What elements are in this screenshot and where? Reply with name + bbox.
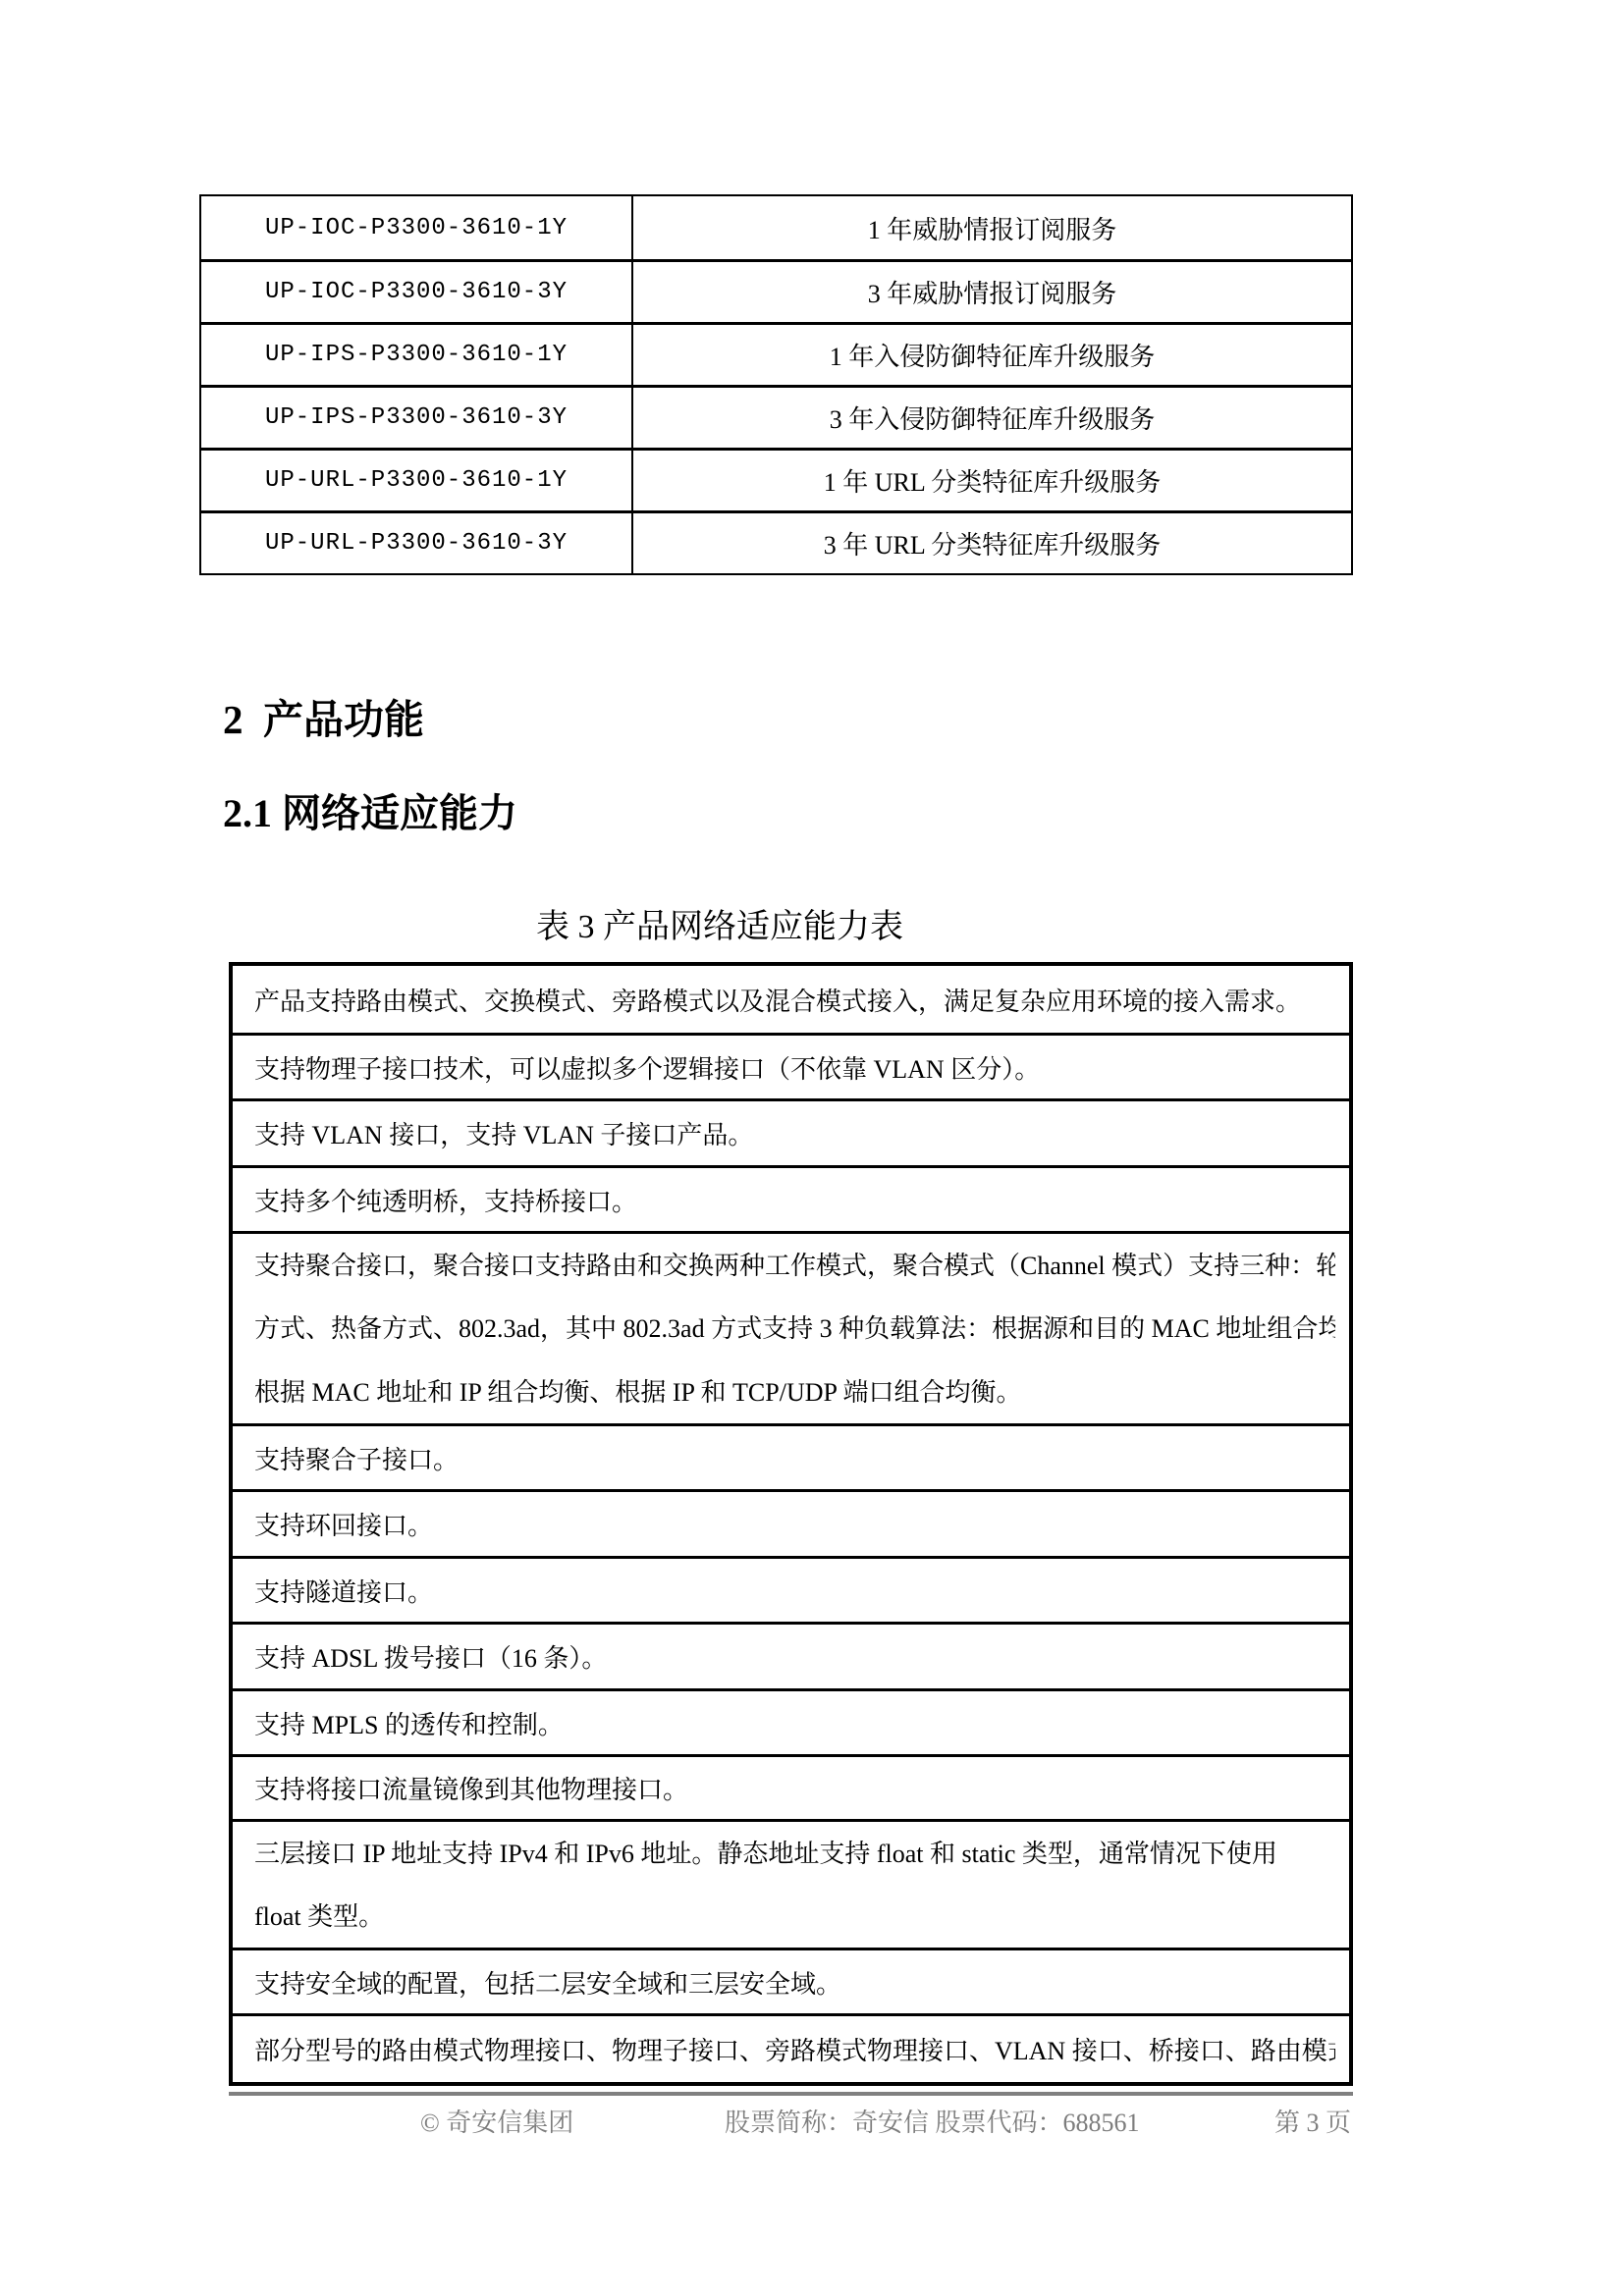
cell-text: 支持 VLAN 接口，支持 VLAN 子接口产品。 — [254, 1115, 1335, 1151]
product-code-cell: UP-URL-P3300-3610-3Y — [201, 513, 633, 573]
cell-text: 支持聚合子接口。 — [254, 1440, 1335, 1476]
table-row: 支持多个纯透明桥，支持桥接口。 — [233, 1165, 1349, 1231]
cell-text: 支持 ADSL 拨号接口（16 条）。 — [254, 1638, 1335, 1675]
table-row: 部分型号的路由模式物理接口、物理子接口、旁路模式物理接口、VLAN 接口、桥接口… — [233, 2013, 1349, 2082]
page-footer: © 奇安信集团 股票简称：奇安信 股票代码：688561 第 3 页 — [229, 2103, 1353, 2140]
product-code-cell: UP-URL-P3300-3610-1Y — [201, 451, 633, 510]
table-row: 支持 VLAN 接口，支持 VLAN 子接口产品。 — [233, 1098, 1349, 1165]
footer-stock-info: 股票简称：奇安信 股票代码：688561 — [725, 2103, 1140, 2139]
service-codes-table: UP-IOC-P3300-3610-1Y 1 年威胁情报订阅服务 UP-IOC-… — [199, 194, 1353, 575]
cell-text: 支持 MPLS 的透传和控制。 — [254, 1705, 1335, 1741]
table-row: 支持聚合子接口。 — [233, 1423, 1349, 1489]
table-row: 三层接口 IP 地址支持 IPv4 和 IPv6 地址。静态地址支持 float… — [233, 1819, 1349, 1948]
footer-page-number: 第 3 页 — [1274, 2103, 1351, 2139]
product-code-cell: UP-IOC-P3300-3610-1Y — [201, 196, 633, 259]
table-row: 产品支持路由模式、交换模式、旁路模式以及混合模式接入，满足复杂应用环境的接入需求… — [233, 966, 1349, 1033]
table-row: UP-IPS-P3300-3610-1Y 1 年入侵防御特征库升级服务 — [201, 322, 1351, 385]
table-row: 支持隧道接口。 — [233, 1556, 1349, 1622]
table-row: UP-URL-P3300-3610-1Y 1 年 URL 分类特征库升级服务 — [201, 448, 1351, 510]
subsection-heading: 2.1 网络适应能力 — [223, 782, 517, 838]
table-row: 支持安全域的配置，包括二层安全域和三层安全域。 — [233, 1948, 1349, 2013]
cell-text: 部分型号的路由模式物理接口、物理子接口、旁路模式物理接口、VLAN 接口、桥接口… — [254, 2031, 1335, 2067]
service-desc-cell: 1 年威胁情报订阅服务 — [633, 196, 1351, 259]
product-code-cell: UP-IPS-P3300-3610-3Y — [201, 388, 633, 448]
footer-divider — [229, 2092, 1353, 2096]
service-desc-cell: 3 年入侵防御特征库升级服务 — [633, 388, 1351, 448]
footer-copyright: © 奇安信集团 — [420, 2103, 573, 2139]
cell-text: 支持多个纯透明桥，支持桥接口。 — [254, 1182, 1335, 1218]
table-row: 支持 ADSL 拨号接口（16 条）。 — [233, 1622, 1349, 1688]
table-row: 支持物理子接口技术，可以虚拟多个逻辑接口（不依靠 VLAN 区分）。 — [233, 1033, 1349, 1098]
cell-text: float 类型。 — [254, 1885, 1335, 1948]
table-row: 支持聚合接口，聚合接口支持路由和交换两种工作模式，聚合模式（Channel 模式… — [233, 1231, 1349, 1423]
table-row: 支持 MPLS 的透传和控制。 — [233, 1688, 1349, 1754]
service-desc-cell: 1 年 URL 分类特征库升级服务 — [633, 451, 1351, 510]
product-code-cell: UP-IOC-P3300-3610-3Y — [201, 262, 633, 322]
service-desc-cell: 1 年入侵防御特征库升级服务 — [633, 325, 1351, 385]
cell-text: 支持将接口流量镜像到其他物理接口。 — [254, 1770, 1335, 1806]
document-page: UP-IOC-P3300-3610-1Y 1 年威胁情报订阅服务 UP-IOC-… — [0, 0, 1624, 2296]
network-capability-table: 产品支持路由模式、交换模式、旁路模式以及混合模式接入，满足复杂应用环境的接入需求… — [229, 962, 1353, 2086]
table-row: 支持环回接口。 — [233, 1489, 1349, 1556]
cell-text: 支持隧道接口。 — [254, 1573, 1335, 1609]
cell-text: 三层接口 IP 地址支持 IPv4 和 IPv6 地址。静态地址支持 float… — [254, 1822, 1335, 1885]
product-code-cell: UP-IPS-P3300-3610-1Y — [201, 325, 633, 385]
service-desc-cell: 3 年威胁情报订阅服务 — [633, 262, 1351, 322]
cell-text: 支持环回接口。 — [254, 1506, 1335, 1542]
cell-text: 支持安全域的配置，包括二层安全域和三层安全域。 — [254, 1964, 1335, 2001]
table-row: UP-IPS-P3300-3610-3Y 3 年入侵防御特征库升级服务 — [201, 385, 1351, 448]
service-desc-cell: 3 年 URL 分类特征库升级服务 — [633, 513, 1351, 573]
cell-text: 产品支持路由模式、交换模式、旁路模式以及混合模式接入，满足复杂应用环境的接入需求… — [254, 982, 1335, 1018]
table-row: UP-IOC-P3300-3610-1Y 1 年威胁情报订阅服务 — [201, 196, 1351, 259]
cell-text: 支持物理子接口技术，可以虚拟多个逻辑接口（不依靠 VLAN 区分）。 — [254, 1049, 1335, 1086]
cell-text: 根据 MAC 地址和 IP 组合均衡、根据 IP 和 TCP/UDP 端口组合均… — [254, 1361, 1335, 1423]
table-row: UP-IOC-P3300-3610-3Y 3 年威胁情报订阅服务 — [201, 259, 1351, 322]
section-heading: 2 产品功能 — [223, 687, 424, 745]
table-row: 支持将接口流量镜像到其他物理接口。 — [233, 1754, 1349, 1819]
cell-text: 方式、热备方式、802.3ad，其中 802.3ad 方式支持 3 种负载算法：… — [254, 1297, 1335, 1360]
cell-text: 支持聚合接口，聚合接口支持路由和交换两种工作模式，聚合模式（Channel 模式… — [254, 1234, 1335, 1297]
table-row: UP-URL-P3300-3610-3Y 3 年 URL 分类特征库升级服务 — [201, 510, 1351, 573]
table-caption: 表 3 产品网络适应能力表 — [229, 899, 1211, 947]
